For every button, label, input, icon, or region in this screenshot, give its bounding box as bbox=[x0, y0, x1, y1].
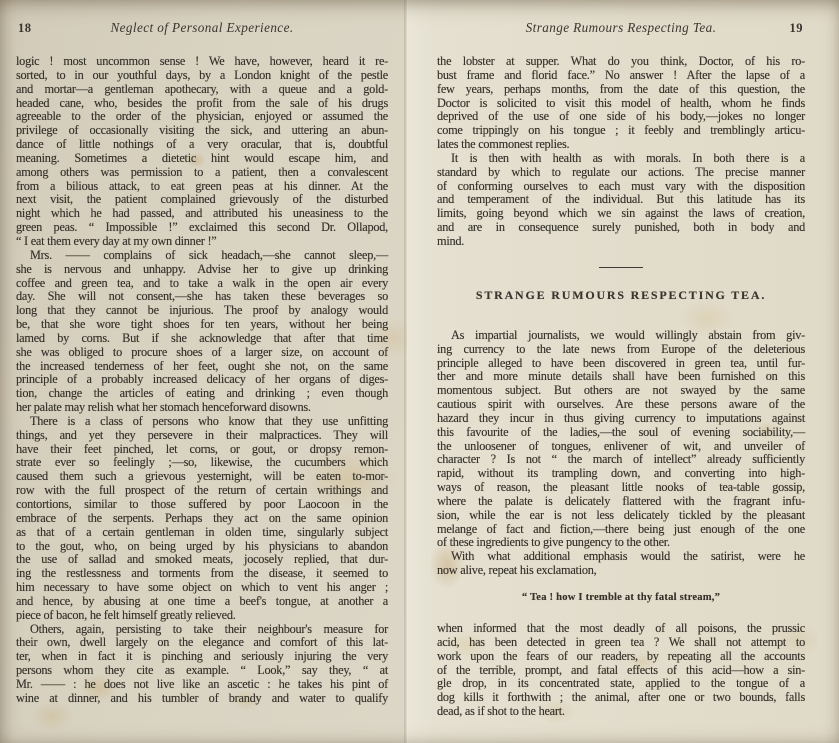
text-line: principle of a probably increased delica… bbox=[16, 373, 388, 387]
text-line: have their feet pinched, let corns, or g… bbox=[16, 443, 388, 457]
text-line: tion, change the articles of eating and … bbox=[16, 387, 388, 401]
text-line: when informed that the most deadly of al… bbox=[437, 622, 805, 636]
text-line: her palate may relish what her stomach h… bbox=[16, 401, 388, 415]
text-line: meaning. Sometimes a dietetic hint would… bbox=[16, 152, 388, 166]
text-line: standard by which to regulate our action… bbox=[437, 166, 805, 180]
text-line: ways of reason, the pleasant little nook… bbox=[437, 481, 805, 495]
text-line: “ I eat them every day at my own dinner … bbox=[16, 235, 388, 249]
text-line: dance of little nothings of a very oracu… bbox=[16, 138, 388, 152]
text-line: mind. bbox=[437, 235, 805, 249]
paragraph: when informed that the most deadly of al… bbox=[437, 622, 805, 719]
text-line: night which he had passed, and attribute… bbox=[16, 207, 388, 221]
text-line: and mortar—a gentleman apothecary, with … bbox=[16, 83, 388, 97]
text-line: row with the full prospect of the return… bbox=[16, 484, 388, 498]
text-line: sion, while the ear is not less delicate… bbox=[437, 509, 805, 523]
text-line: logic ! most uncommon sense ! We have, h… bbox=[16, 55, 388, 69]
text-line: now alive, repeat his exclamation, bbox=[437, 564, 805, 578]
text-line: and hence, by abusing at one time a beef… bbox=[16, 595, 388, 609]
text-line: the unloosener of tongues, enlivener of … bbox=[437, 440, 805, 454]
text-line: Doctor is solicited to visit this model … bbox=[437, 97, 805, 111]
text-line: she is nervous and unhappy. Advise her t… bbox=[16, 263, 388, 277]
text-line: coffee and green tea, and to take a walk… bbox=[16, 277, 388, 291]
text-line: of the terrible, prompt, and fatal effec… bbox=[437, 664, 805, 678]
verse-quote: “ Tea ! how I tremble at thy fatal strea… bbox=[437, 592, 805, 603]
text-line: dog kills it forthwith ; the animal, aft… bbox=[437, 691, 805, 705]
text-line: lamed by corns. But if she acknowledge t… bbox=[16, 332, 388, 346]
text-line: hazard they incur in thus giving currenc… bbox=[437, 412, 805, 426]
text-line: among others was permission to a patient… bbox=[16, 166, 388, 180]
text-line: ter, when in fact it is pinching and ser… bbox=[16, 650, 388, 664]
text-line: contortions, similar to those suffered b… bbox=[16, 498, 388, 512]
text-line: gle drop, in its concentrated state, app… bbox=[437, 677, 805, 691]
text-line: ing currency to the late news from Europ… bbox=[437, 343, 805, 357]
text-line: sorted, to in our youthful days, by a Lo… bbox=[16, 69, 388, 83]
text-line: few years, perhaps months, from the date… bbox=[437, 83, 805, 97]
text-line: principle alleged to have been discovere… bbox=[437, 357, 805, 371]
text-line: dead, as if shot to the heart. bbox=[437, 705, 805, 719]
text-line: their own, dwell largely on the elegance… bbox=[16, 636, 388, 650]
text-line: as that of a certain gentleman in olden … bbox=[16, 526, 388, 540]
text-line: Mr. —— : he does not live like an asceti… bbox=[16, 678, 388, 692]
text-line: momentous subject. But others are not sw… bbox=[437, 384, 805, 398]
text-line: persons whom they cite as example. “ Loo… bbox=[16, 664, 388, 678]
paragraph: With what additional emphasis would the … bbox=[437, 550, 805, 578]
text-line: and are in consequence surely punished, … bbox=[437, 221, 805, 235]
running-head-right: Strange Rumours Respecting Tea. bbox=[437, 20, 805, 36]
text-line: Others, again, persisting to take their … bbox=[16, 623, 388, 637]
paragraph: the lobster at supper. What do you think… bbox=[437, 55, 805, 152]
text-line: work upon the fears of our readers, by r… bbox=[437, 650, 805, 664]
text-line: she was obliged to procure shoes of a la… bbox=[16, 346, 388, 360]
paragraph: Mrs. —— complains of sick headach,—she c… bbox=[16, 249, 388, 415]
right-page: Strange Rumours Respecting Tea. 19 the l… bbox=[407, 0, 839, 743]
text-line: be, that she wore tight shoes for ten ye… bbox=[16, 318, 388, 332]
text-line: him necessary to have some object on whi… bbox=[16, 581, 388, 595]
text-line: privilege of occasionally visiting the s… bbox=[16, 124, 388, 138]
text-line: With what additional emphasis would the … bbox=[437, 550, 805, 564]
text-line: from a bilious attack, to eat green peas… bbox=[16, 180, 388, 194]
text-line: this favourite of the ladies,—the soul o… bbox=[437, 426, 805, 440]
right-page-body: the lobster at supper. What do you think… bbox=[437, 55, 805, 719]
left-page-body: logic ! most uncommon sense ! We have, h… bbox=[16, 55, 388, 706]
page-gutter-seam bbox=[404, 0, 408, 743]
text-line: to the gout, who, on being urged by his … bbox=[16, 540, 388, 554]
text-line: next visit, the patient complained griev… bbox=[16, 193, 388, 207]
text-line: strate ever so feelingly ;—so, likewise,… bbox=[16, 456, 388, 470]
text-line: melange of fact and fiction,—there being… bbox=[437, 523, 805, 537]
text-line: long that they cannot be injurious. The … bbox=[16, 304, 388, 318]
text-line: limits, going beyond which we sin agains… bbox=[437, 207, 805, 221]
text-line: of these ingredients to give pungency to… bbox=[437, 536, 805, 550]
text-line: ing the restlessness and torments from t… bbox=[16, 567, 388, 581]
text-line: day. She will not consent,—she has taken… bbox=[16, 290, 388, 304]
section-heading: STRANGE RUMOURS RESPECTING TEA. bbox=[437, 288, 805, 303]
text-line: things, and yet they persevere in their … bbox=[16, 429, 388, 443]
text-line: rapid, without its trampling down, and c… bbox=[437, 467, 805, 481]
text-line: piece of bacon, he felt himself greatly … bbox=[16, 609, 388, 623]
paragraph: As impartial journalists, we would willi… bbox=[437, 329, 805, 551]
text-line: wine at dinner, and his tumbler of brand… bbox=[16, 692, 388, 706]
text-line: character ? Is not “ the march of intell… bbox=[437, 453, 805, 467]
text-line: deprived of the use of one side of his b… bbox=[437, 110, 805, 124]
text-line: the increased tenderness of her feet, ou… bbox=[16, 360, 388, 374]
text-line: agreeable to the order of the physician,… bbox=[16, 110, 388, 124]
text-line: the lobster at supper. What do you think… bbox=[437, 55, 805, 69]
text-line: acid, has been detected in green tea ? W… bbox=[437, 636, 805, 650]
text-line: There is a class of persons who know tha… bbox=[16, 415, 388, 429]
text-line: headed cane, who, besides the profit fro… bbox=[16, 97, 388, 111]
text-line: As impartial journalists, we would willi… bbox=[437, 329, 805, 343]
text-line: Mrs. —— complains of sick headach,—she c… bbox=[16, 249, 388, 263]
page-number-right: 19 bbox=[790, 21, 804, 36]
text-line: where the palate is delicately flattered… bbox=[437, 495, 805, 509]
paragraph: There is a class of persons who know tha… bbox=[16, 415, 388, 623]
text-line: caused them such a grievous yesternight,… bbox=[16, 470, 388, 484]
book-spread: 18 Neglect of Personal Experience. logic… bbox=[0, 0, 839, 743]
text-line: the use of sallad and smoked meats, joco… bbox=[16, 553, 388, 567]
text-line: ther and more minute details shall have … bbox=[437, 370, 805, 384]
page-number-left: 18 bbox=[18, 21, 32, 36]
left-page: 18 Neglect of Personal Experience. logic… bbox=[0, 0, 407, 743]
text-line: embrace of the serpents. Perhaps they ac… bbox=[16, 512, 388, 526]
text-line: It is then with health as with morals. I… bbox=[437, 152, 805, 166]
text-line: lates the commonest replies. bbox=[437, 138, 805, 152]
running-head-left: Neglect of Personal Experience. bbox=[16, 20, 388, 36]
text-line: come trippingly on his tongue ; it feebl… bbox=[437, 124, 805, 138]
text-line: cautious spirit with ourselves. Are thes… bbox=[437, 398, 805, 412]
text-line: of conforming ourselves to each must var… bbox=[437, 180, 805, 194]
section-divider bbox=[599, 267, 643, 268]
text-line: bust frame and florid face.” No answer !… bbox=[437, 69, 805, 83]
text-line: and temperament of the individual. But t… bbox=[437, 193, 805, 207]
paragraph: logic ! most uncommon sense ! We have, h… bbox=[16, 55, 388, 249]
text-line: green peas. “ Impossible !” exclaimed th… bbox=[16, 221, 388, 235]
left-page-header: 18 Neglect of Personal Experience. bbox=[16, 20, 388, 38]
right-page-header: Strange Rumours Respecting Tea. 19 bbox=[437, 20, 805, 38]
paragraph: It is then with health as with morals. I… bbox=[437, 152, 805, 249]
paragraph: Others, again, persisting to take their … bbox=[16, 623, 388, 706]
